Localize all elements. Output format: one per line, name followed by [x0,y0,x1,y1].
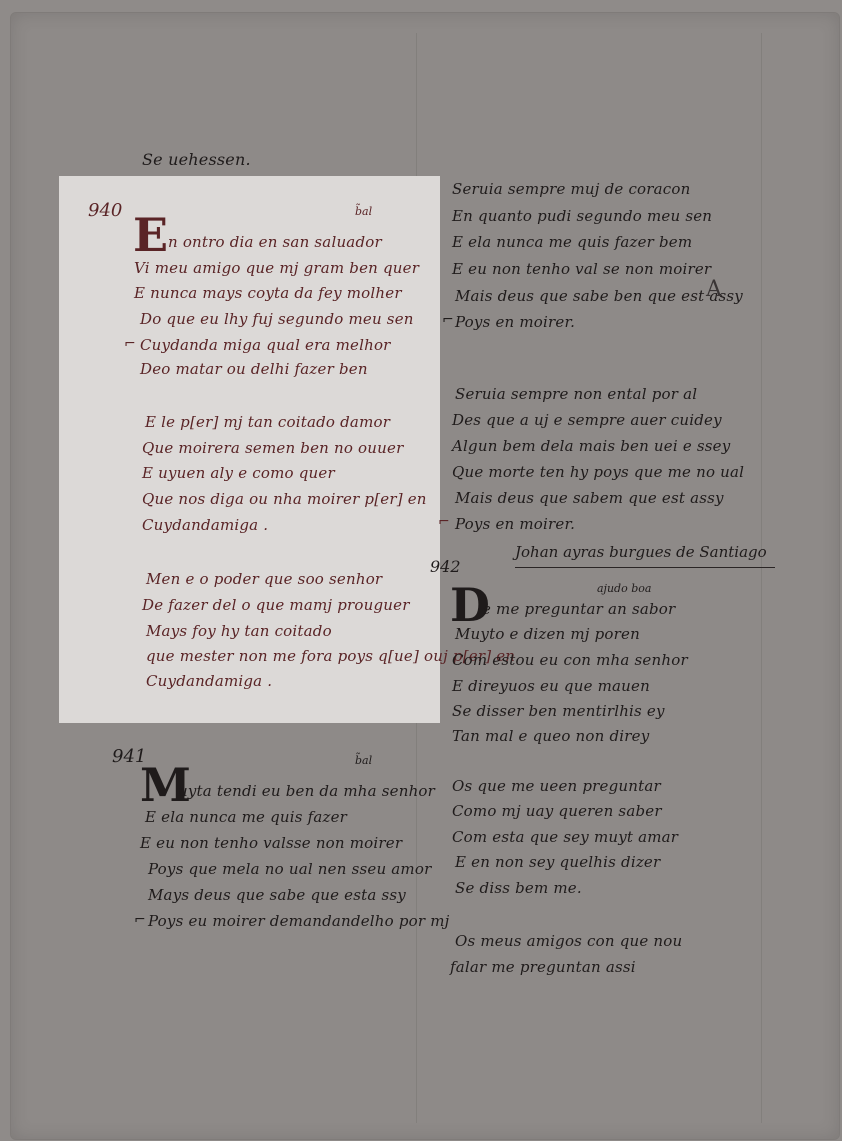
verse-line: E direyuos eu que mauen [452,677,650,695]
margin-letter-A: A [706,277,722,302]
interlinear-note: ajudo boa [597,582,651,595]
top-note: Se uehessen. [142,150,251,169]
verse-line: E uyuen aly e como quer [142,464,335,482]
verse-line: Como mj uay queren saber [452,802,662,820]
verse-line: E le p[er] mj tan coitado damor [145,413,390,431]
refrain-line: Poys en moirer. [455,515,575,533]
verse-line: Mays foy hy tan coitado [146,622,332,640]
verse-line: Des que a uj e sempre auer cuidey [452,411,722,429]
verse-line: Se disser ben mentirlhis ey [452,702,665,720]
refrain-line: Cuydandamiga . [142,516,268,534]
verse-line: E ela nunca me quis fazer [145,808,347,826]
verse-line: E ela nunca me quis fazer bem [452,233,692,251]
verse-line: Os meus amigos con que nou [455,932,682,950]
refrain-mark: ⌐ [442,312,454,328]
refrain-line: Poys en moirer. [455,313,575,331]
verse-line: Vi meu amigo que mj gram ben quer [134,259,419,277]
refrain-mark: ⌐ [438,514,450,530]
verse-line: Com esta que sey muyt amar [452,828,678,846]
verse-line: Mais deus que sabem que est assy [455,489,724,507]
folio-number-942: 942 [430,557,461,576]
folio-number-940: 940 [88,200,122,221]
margin-mark: b̃al [355,754,372,767]
verse-line: E eu non tenho valsse non moirer [140,834,402,852]
refrain-mark: ⌐ [134,912,146,928]
verse-line: falar me preguntan assi [450,958,636,976]
verse-line: Tan mal e queo non direy [452,727,649,745]
verse-line: E eu non tenho val se non moirer [452,260,711,278]
refrain-mark: ⌐ [124,336,136,352]
author-attribution: Johan ayras burgues de Santiago [515,543,775,568]
decorated-initial-E: E [133,212,168,258]
verse-line: Seruia sempre muj de coracon [452,180,691,198]
verse-line: De fazer del o que mamj prouguer [142,596,410,614]
verse-line: e me preguntar an sabor [482,600,675,618]
refrain-line: Poys eu moirer demandandelho por mj [148,912,450,930]
verse-line: uyta tendi eu ben da mha senhor [178,782,435,800]
verse-line: Algun bem dela mais ben uei e ssey [452,437,730,455]
verse-line: E nunca mays coyta da fey molher [134,284,402,302]
verse-line: Que moirera semen ben no ouuer [142,439,403,457]
margin-mark: b̃al [355,205,372,218]
verse-line: Se diss bem me. [455,879,582,897]
verse-line: Com estou eu con mha senhor [452,651,688,669]
verse-line: Mais deus que sabe ben que est assy [455,287,743,305]
refrain-line: Deo matar ou delhi fazer ben [140,360,368,378]
verse-line: Seruia sempre non ental por al [455,385,697,403]
verse-line: Que nos diga ou nha moirer p[er] en [142,490,427,508]
refrain-line: Cuydandamiga . [146,672,272,690]
column-ruling [761,33,762,1123]
verse-line: Do que eu lhy fuj segundo meu sen [140,310,414,328]
verse-line: Que morte ten hy poys que me no ual [452,463,744,481]
verse-line: E en non sey quelhis dizer [455,853,660,871]
verse-line: Mays deus que sabe que esta ssy [148,886,406,904]
verse-line: Men e o poder que soo senhor [146,570,382,588]
verse-line: En quanto pudi segundo meu sen [452,207,712,225]
verse-line: Poys que mela no ual nen sseu amor [148,860,431,878]
refrain-line: Cuydanda miga qual era melhor [140,336,391,354]
verse-line: Os que me ueen preguntar [452,777,661,795]
verse-line: Muyto e dizen mj poren [455,625,640,643]
verse-line: n ontro dia en san saluador [168,233,382,251]
